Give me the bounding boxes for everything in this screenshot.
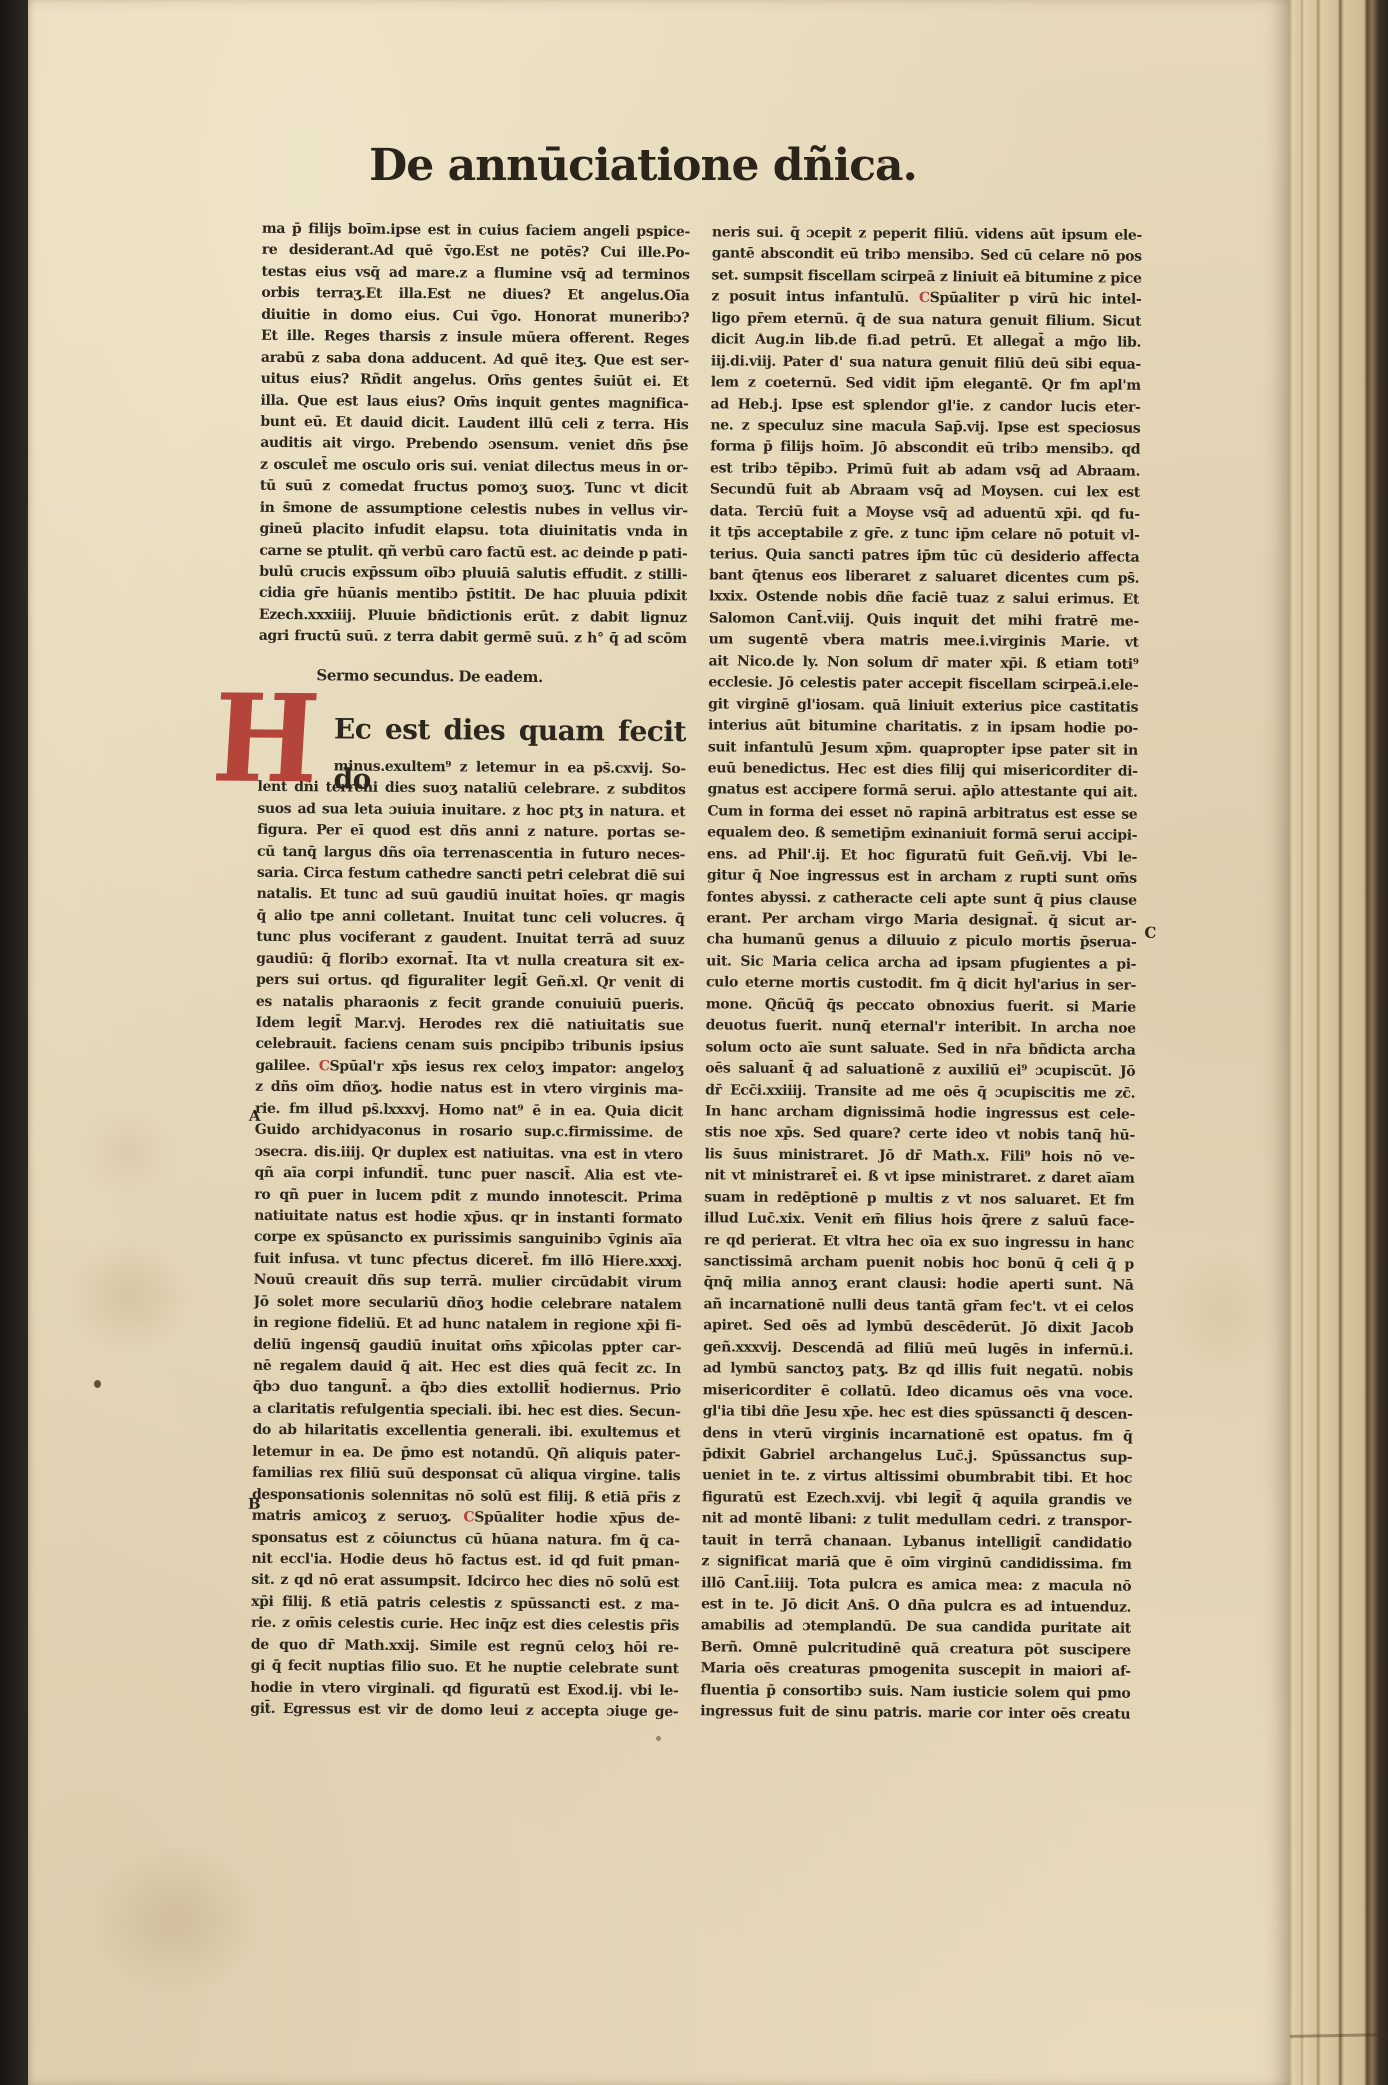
text-line: rie. z om̄is celestis curie. Hec inq̄z e… [251,1613,679,1638]
paper-speck [881,160,885,164]
text-line: gineū placito infudit elapsu. tota diuin… [259,519,687,544]
text-line: Secundū fuit ab Abraam vsq̄ ad Moysen. c… [710,480,1140,505]
text-line: ueniet in te. z virtus altissimi obumbra… [702,1466,1132,1491]
text-line: nit vt ministraret̄ ei. ß vt ipse minist… [704,1166,1134,1191]
paper-speck [94,1380,101,1388]
text-line: z dñs oīm dñoʒ. hodie natus est in vtero… [255,1077,683,1102]
text-line: orbis terraʒ.Et illa.Est ne diues? Et an… [261,283,689,308]
text-line: in regione fideliū. Et ad hunc natalem i… [253,1313,681,1338]
paragraph-block: neris sui. q̄ ɔcepit z peperit filiū. vi… [700,222,1142,1726]
text-line: corpe ex spūsancto ex purissimis sanguin… [254,1227,682,1252]
text-line: Maria oēs creaturas pmogenita suscepit i… [701,1659,1131,1684]
incipit-large-text: Ec est dies quam fecit do [334,704,686,759]
margin-letter-c: C [1144,924,1156,942]
text-line: z significat mariā que ē oīm virginū can… [701,1551,1131,1576]
text-line: tū suū z comedat fructus pomoʒ suoʒ. Tun… [260,476,688,501]
text-line: apiret. Sed oēs ad lymbū descēderūt. Jō … [703,1316,1133,1341]
text-line: it tp̄s acceptabile z gr̄e. z tunc ip̄m … [709,522,1139,547]
text-line: nit ad montē libani: z tulit medullam ce… [702,1509,1132,1534]
text-line: gitur q̄ Noe ingressus est in archam z r… [707,865,1137,890]
text-line: git̄. Egressus est vir de domo leui z ac… [250,1699,678,1724]
text-line: oēs saluant̄ q̄ ad saluationē z auxiliū … [705,1058,1135,1083]
text-line: culo eterne mortis custodit. fm q̄ dicit… [706,973,1136,998]
rubric-paragraph-mark: C [919,290,930,306]
text-line: ecclesie. Jō celestis pater accepit fisc… [708,673,1138,698]
text-block: ma p̄ filijs boīm.ipse est in cuius faci… [13,0,1291,2085]
margin-letter-a: A [249,1107,261,1125]
text-line: forma p̄ filijs hoīm. Jō abscondit eū tr… [710,437,1140,462]
text-line: pers sui ortus. qd figuraliter legit̄ Ge… [256,970,684,995]
text-line: deuotus fuerit. nunq̄ eternal'r interibi… [706,1016,1136,1041]
text-line: illud Luc̄.xix. Venit em̄ filius hois q̄… [704,1208,1134,1233]
rubric-paragraph-mark: C [463,1509,474,1525]
text-line: natalis. Et tunc ad suū gaudiū inuitat h… [257,884,685,909]
right-column: neris sui. q̄ ɔcepit z peperit filiū. vi… [700,222,1142,1726]
text-line: auditis ait virgo. Prebendo ɔsensum. ven… [260,433,688,458]
text-line: stis noe xp̄s. Sed quare? certe ideo vt … [705,1123,1135,1148]
margin-letter-b: B [248,1495,261,1513]
rubric-drop-cap-initial: H [207,687,325,792]
text-line: equalem deo. ß semetip̄m exinaniuit form… [707,823,1137,848]
text-line: do ab hilaritatis excellentia generali. … [252,1420,680,1445]
text-line: Et ille. Reges tharsis z insule mūera of… [261,326,689,351]
section-heading: Sermo secundus. De eadem. [316,664,686,689]
text-line: familias rex filiū suū desponsat cū aliq… [252,1463,680,1488]
left-column: ma p̄ filijs boīm.ipse est in cuius faci… [250,219,690,1724]
text-line: lent dñi terreni dies suoʒ nataliū celeb… [257,777,685,802]
text-line: qñ aīa corpi infundit̄. tunc puer nascit… [254,1163,682,1188]
text-line: figura. Per eī quod est dñs anni z natur… [257,820,685,845]
text-line: sit. z qd nō erat assumpsit. Idcirco hec… [251,1570,679,1595]
paragraph-block: ma p̄ filijs boīm.ipse est in cuius faci… [259,219,690,651]
text-line: tunc plus vociferant z gaudent. Inuitat … [256,927,684,952]
text-line: ingressus fuit de sinu patris. marie cor… [700,1701,1130,1726]
text-line: dicit Aug.in lib.de fi.ad petrū. Et alle… [711,330,1141,355]
text-line: Guido archidyaconus in rosario sup.c.fir… [255,1120,683,1145]
text-line: um sugentē vbera matris mee.i.virginis M… [709,630,1139,655]
text-line: ad lymbū sanctoʒ patʒ. Bz qd illis fuit … [703,1358,1133,1383]
text-line: z posuit intus infantulū. CSpūaliter p v… [711,287,1141,312]
text-line: gl'ia tibi dñe Jesu xp̄e. hec est dies s… [703,1401,1133,1426]
book-page: De annūciatione dñica. ma p̄ filijs boīm… [28,0,1290,2085]
paragraph-block: lent dñi terreni dies suoʒ nataliū celeb… [250,777,685,1724]
book-page-edges [1290,0,1388,2085]
incipit-block: H Ec est dies quam fecit do minus.exulte… [250,704,686,1724]
text-line: matris amicoʒ z seruoʒ. CSpūaliter hodie… [252,1506,680,1531]
text-line: agri fructū suū. z terra dabit germē suū… [259,626,687,651]
paper-speck [656,1736,661,1741]
rubric-paragraph-mark: C [319,1058,330,1074]
text-line: gnatus est accipere formā serui. ap̄lo a… [707,780,1137,805]
text-line: gi q̄ fecit nuptias filio suo. Et he nup… [251,1656,679,1681]
text-line: Nouū creauit dñs sup terrā. mulier circū… [254,1270,682,1295]
text-line: uitus eius? Rñdit angelus. Om̄s gentes s… [261,369,689,394]
text-line: interius aūt bitumine charitatis. z in i… [708,715,1138,740]
text-line: lem z coeternū. Sed vidit ip̄m elegantē.… [711,372,1141,397]
text-line: minus.exultem⁹ z letemur in ea ps̄.cxvij… [334,756,686,780]
photo-background: { "photo": { "background_color": "#2b282… [0,0,1388,2085]
